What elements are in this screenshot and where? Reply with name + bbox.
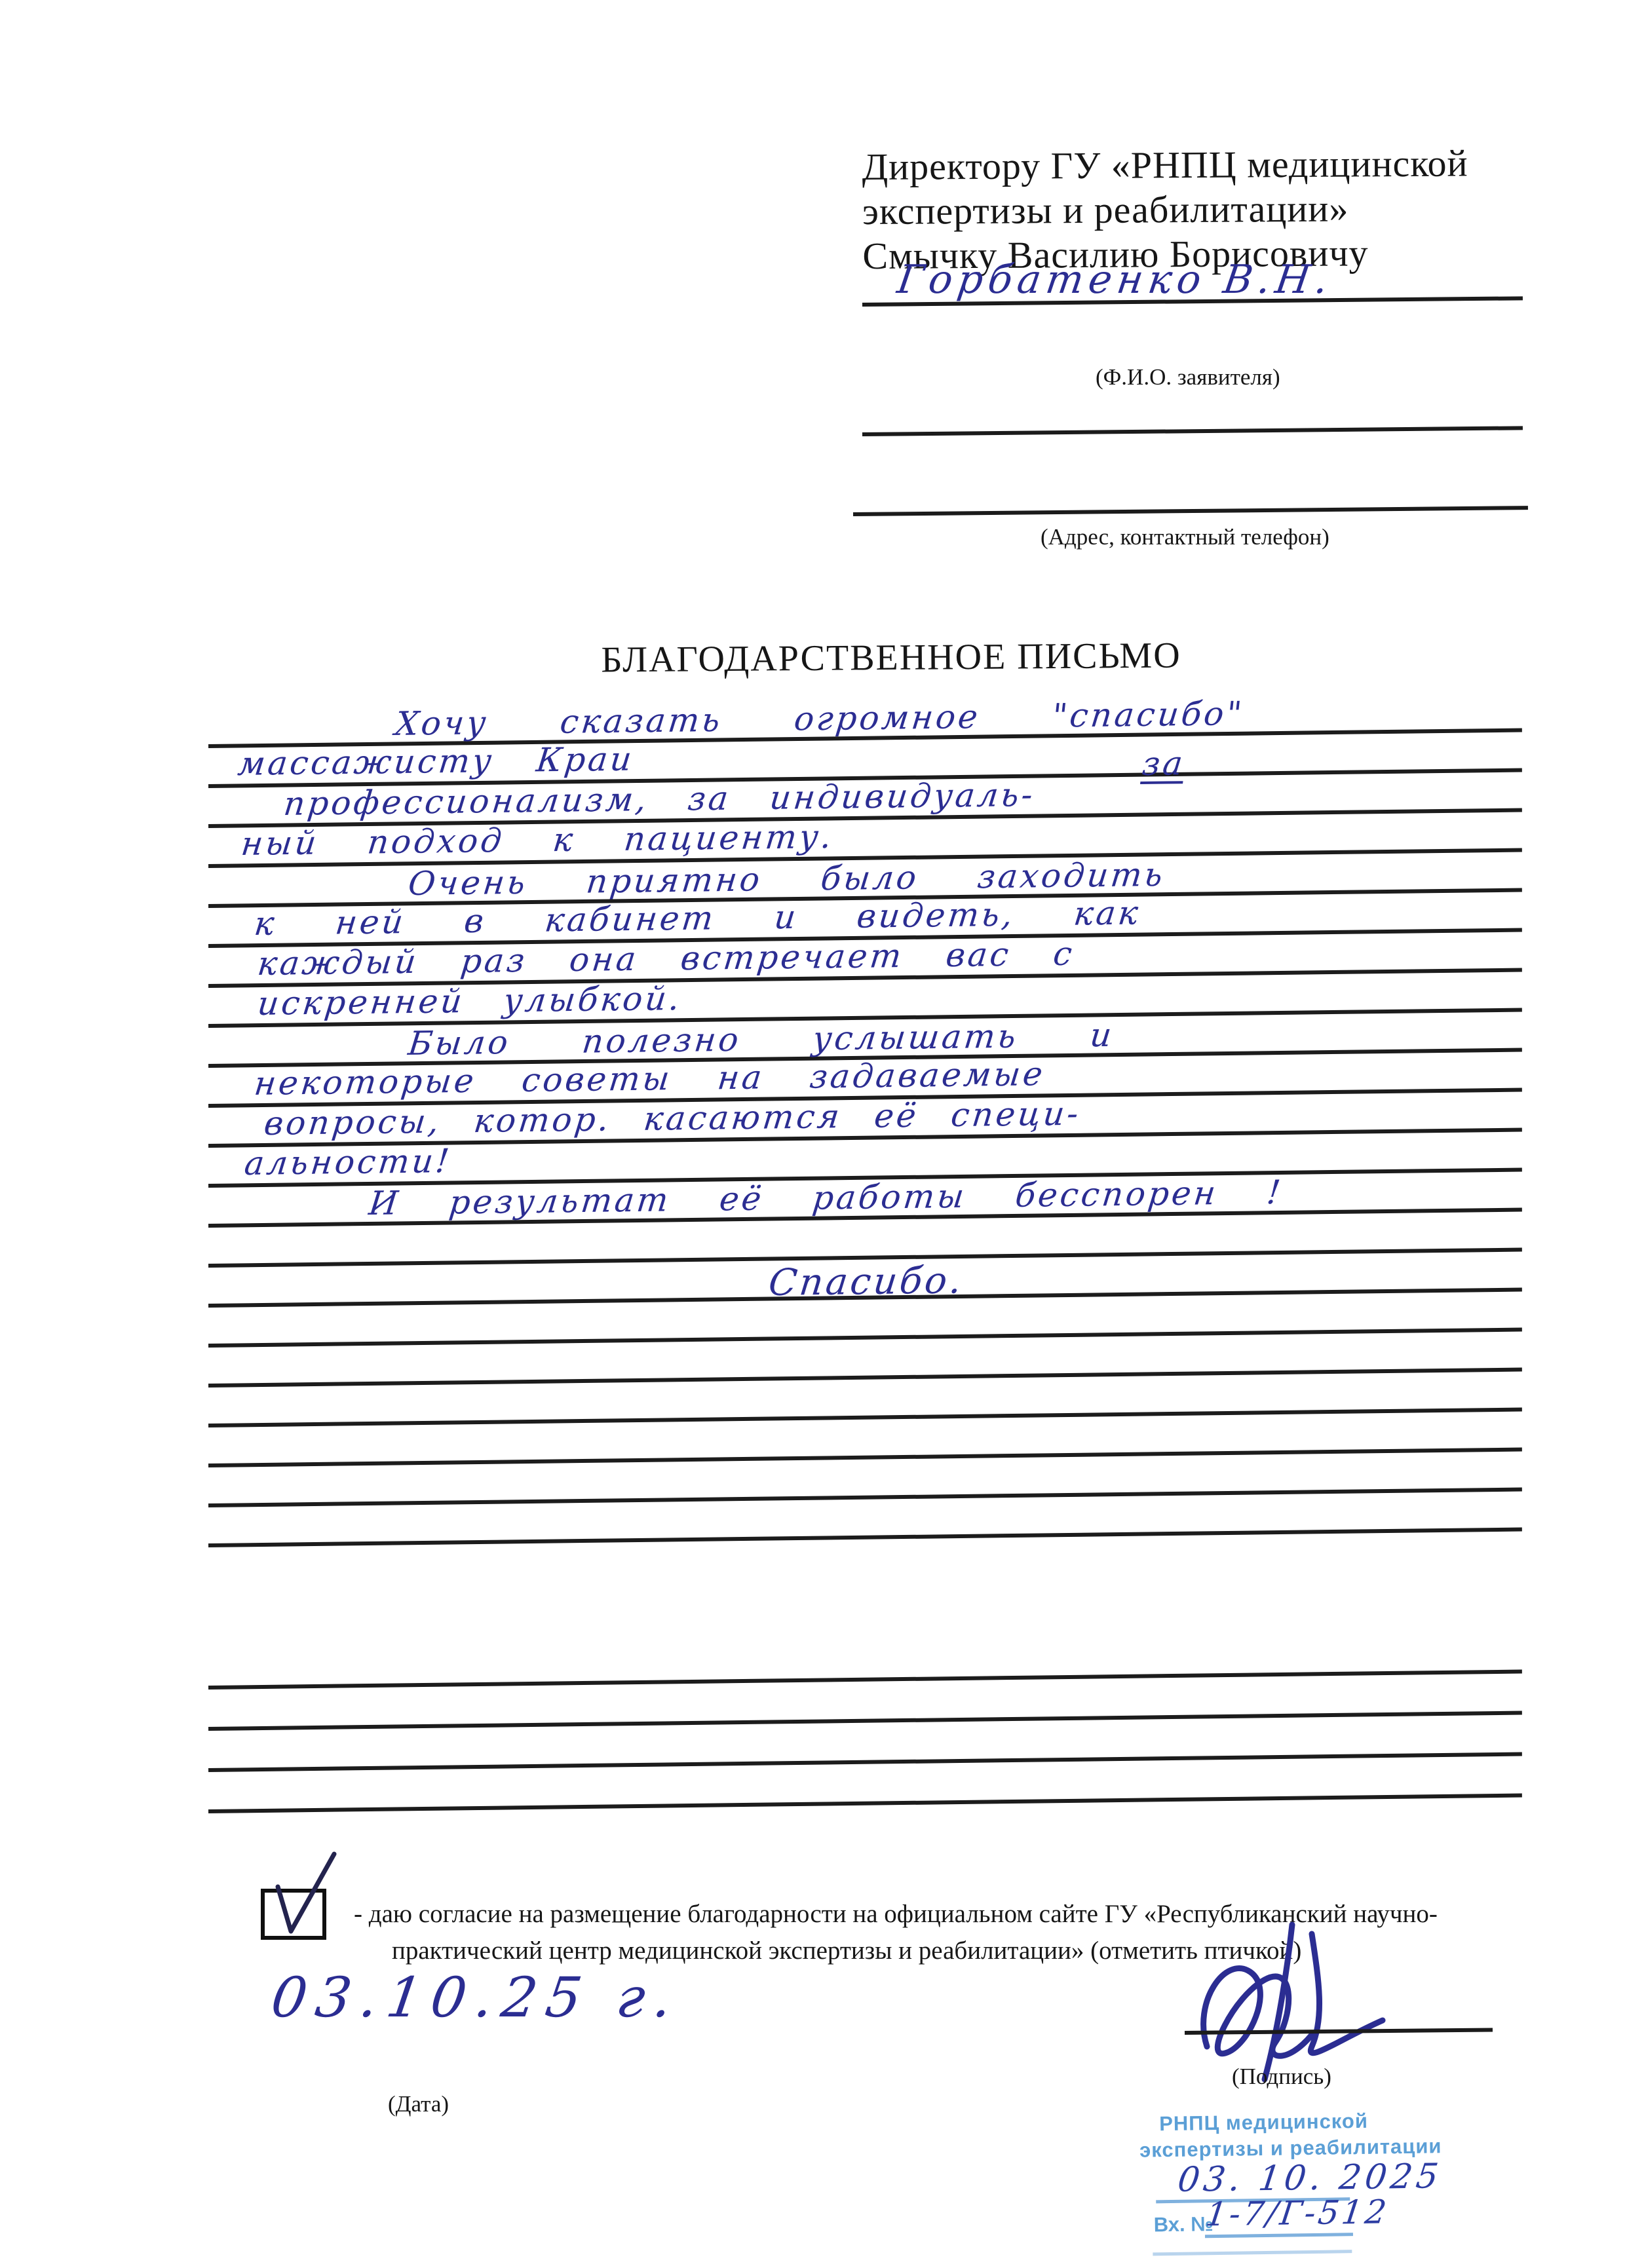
checkmark-icon: [267, 1849, 341, 1937]
stamp-org-line-1: РНПЦ медицинской: [1139, 2109, 1388, 2136]
page-title: БЛАГОДАРСТВЕННОЕ ПИСЬМО: [564, 634, 1219, 681]
handwritten-line: альности!: [242, 1141, 453, 1184]
ruled-line: [208, 1711, 1522, 1731]
fio-label: (Ф.И.О. заявителя): [1096, 364, 1280, 390]
ruled-line: [208, 1528, 1522, 1547]
recipient-line-1: Директору ГУ «РНПЦ медицинской: [862, 141, 1523, 189]
ruled-line: [208, 1328, 1522, 1348]
handwritten-line: искренней улыбкой.: [256, 978, 684, 1024]
applicant-name-handwritten: Горбатенко В.Н.: [894, 257, 1336, 303]
date-label: (Дата): [388, 2091, 449, 2117]
signature-scribble: [1187, 1918, 1410, 2082]
ruled-line: [208, 1368, 1522, 1388]
stamp-reg-number-handwritten: 1-7/Г-512: [1204, 2193, 1391, 2233]
ruled-line: [208, 1794, 1522, 1813]
consent-text-line-2: практический центр медицинской экспертиз…: [392, 1934, 1301, 1968]
date-handwritten: 03.10.25 г.: [267, 1965, 685, 2030]
stamp-rule: [1153, 2250, 1352, 2256]
address-blank-line-1: [862, 426, 1523, 436]
address-blank-line-2: [853, 506, 1528, 516]
ruled-line: [208, 1408, 1522, 1427]
ruled-line: [208, 1752, 1522, 1772]
ruled-line: [208, 1448, 1522, 1467]
ruled-line: [208, 1670, 1522, 1690]
handwritten-line: Спасибо.: [767, 1260, 966, 1304]
scanned-letter-page: Директору ГУ «РНПЦ медицинской экспертиз…: [0, 0, 1625, 2268]
signature-label: (Подпись): [1232, 2064, 1331, 2090]
handwritten-line: ный подход к пациенту.: [239, 816, 836, 864]
recipient-line-2: экспертизы и реабилитации»: [862, 185, 1524, 234]
stamp-rule: [1205, 2233, 1353, 2238]
address-label: (Адрес, контактный телефон): [1041, 524, 1329, 550]
handwritten-line: за: [1140, 743, 1187, 784]
ruled-line: [208, 1488, 1522, 1507]
registration-stamp: РНПЦ медицинской экспертизы и реабилитац…: [1139, 2109, 1390, 2268]
handwritten-line: массажисту Краи: [236, 739, 636, 784]
